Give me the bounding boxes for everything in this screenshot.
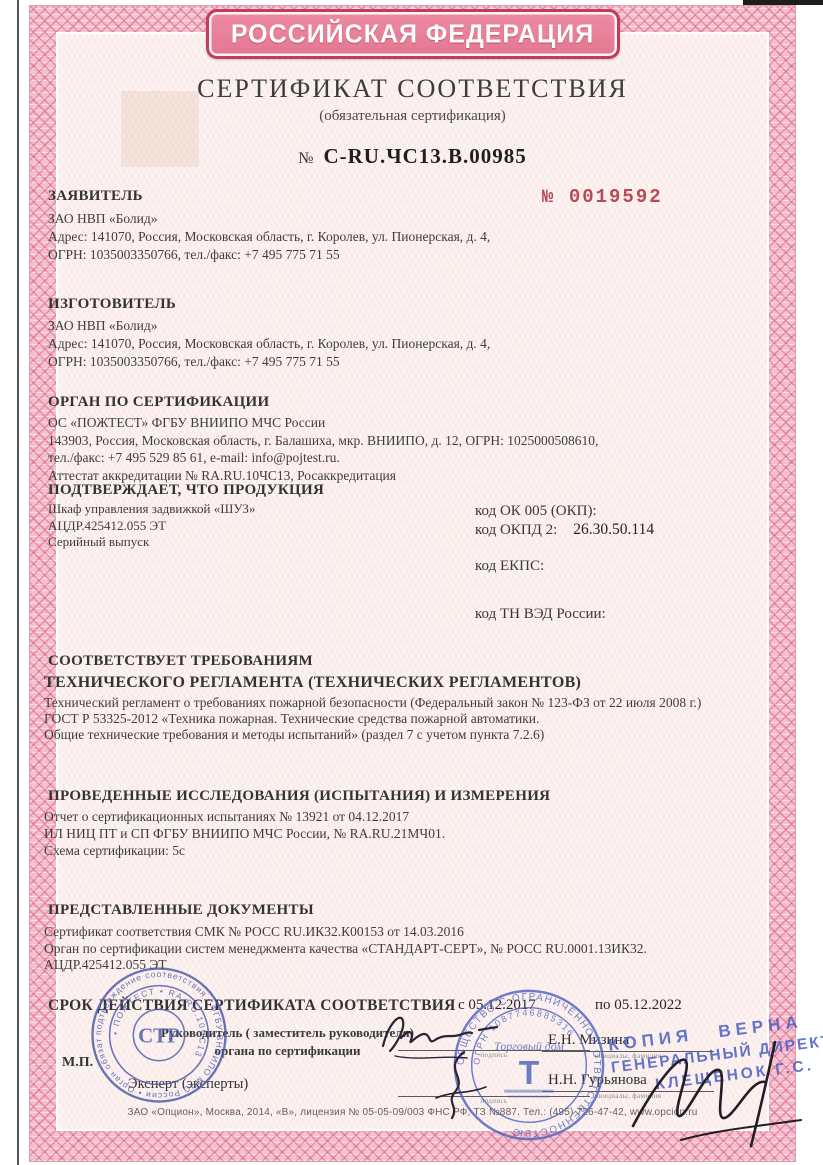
scan-edge-artifact	[17, 0, 19, 1165]
certificate-subtitle: (обязательная сертификация)	[30, 108, 795, 125]
manufacturer-address: Адрес: 141070, Россия, Московская област…	[48, 335, 490, 353]
expert-handwritten-signature	[430, 1048, 494, 1127]
certificate-number-value: C-RU.ЧС13.В.00985	[323, 144, 526, 168]
research-line2: ИЛ НИЦ ПТ и СП ФГБУ ВНИИПО МЧС России, №…	[44, 825, 445, 842]
manufacturer-block: ЗАО НВП «Болид» Адрес: 141070, Россия, М…	[48, 317, 490, 371]
documents-heading: ПРЕДСТАВЛЕННЫЕ ДОКУМЕНТЫ	[48, 902, 314, 919]
cert-body-heading: ОРГАН ПО СЕРТИФИКАЦИИ	[48, 394, 270, 411]
research-line1: Отчет о сертификационных испытаниях № 13…	[44, 808, 445, 825]
manufacturer-heading: ИЗГОТОВИТЕЛЬ	[48, 296, 176, 313]
cert-body-name: ОС «ПОЖТЕСТ» ФГБУ ВНИИПО МЧС России	[48, 414, 598, 432]
applicant-block: ЗАО НВП «Болид» Адрес: 141070, Россия, М…	[48, 210, 490, 264]
research-line3: Схема сертификации: 5с	[44, 842, 445, 859]
compliance-block: Технический регламент о требованиях пожа…	[44, 695, 701, 743]
validity-to-date: 05.12.2022	[614, 997, 682, 1013]
certificate-title: СЕРТИФИКАТ СООТВЕТСТВИЯ	[30, 74, 795, 104]
code-ekps-label: код ЕКПС:	[475, 558, 544, 575]
product-heading: ПОДТВЕРЖДАЕТ, ЧТО ПРОДУКЦИЯ	[48, 482, 324, 499]
cert-body-address: 143903, Россия, Московская область, г. Б…	[48, 432, 598, 450]
applicant-name: ЗАО НВП «Болид»	[48, 210, 490, 228]
country-banner-label: РОССИЙСКАЯ ФЕДЕРАЦИЯ	[231, 19, 594, 49]
cert-body-contacts: тел./факс: +7 495 529 85 61, e-mail: inf…	[48, 449, 598, 467]
manufacturer-name: ЗАО НВП «Болид»	[48, 317, 490, 335]
applicant-ogrn: ОГРН: 1035003350766, тел./факс: +7 495 7…	[48, 246, 490, 264]
code-ok-label: код ОК 005 (ОКП):	[475, 503, 597, 520]
applicant-heading: ЗАЯВИТЕЛЬ	[48, 188, 143, 205]
research-heading: ПРОВЕДЕННЫЕ ИССЛЕДОВАНИЯ (ИСПЫТАНИЯ) И И…	[48, 788, 550, 805]
country-banner: РОССИЙСКАЯ ФЕДЕРАЦИЯ	[206, 9, 620, 59]
director-handwritten-signature	[625, 1028, 823, 1157]
documents-line1: Сертификат соответствия СМК № РОСС RU.ИК…	[44, 924, 647, 941]
stamp-center-monogram: СТР	[138, 1024, 180, 1048]
compliance-line1: Технический регламент о требованиях пожа…	[44, 695, 701, 711]
certificate: РОССИЙСКАЯ ФЕДЕРАЦИЯ СЕРТИФИКАТ СООТВЕТС…	[30, 6, 795, 1161]
code-okpd-row: код ОКПД 2:26.30.50.114	[475, 521, 654, 539]
code-tnved-label: код ТН ВЭД России:	[475, 606, 606, 623]
documents-line2: Орган по сертификации систем менеджмента…	[44, 941, 647, 958]
blank-serial-number: № 0019592	[542, 186, 663, 208]
company-stamp-logo: Т	[519, 1055, 540, 1092]
code-okpd-label: код ОКПД 2:	[475, 522, 557, 538]
blank-serial-value: 0019592	[569, 186, 663, 208]
applicant-address: Адрес: 141070, Россия, Московская област…	[48, 228, 490, 246]
compliance-line2: ГОСТ Р 53325-2012 «Техника пожарная. Тех…	[44, 711, 701, 727]
certificate-number: №C-RU.ЧС13.В.00985	[30, 144, 795, 169]
research-block: Отчет о сертификационных испытаниях № 13…	[44, 808, 445, 859]
product-doc-code: АЦДР.425412.055 ЭТ	[48, 518, 255, 535]
product-serial-type: Серийный выпуск	[48, 534, 255, 551]
scan-strip-artifact	[743, 0, 823, 5]
blank-serial-label: №	[542, 186, 569, 208]
product-block: Шкаф управления задвижкой «ШУЗ» АЦДР.425…	[48, 501, 255, 551]
compliance-heading2: ТЕХНИЧЕСКОГО РЕГЛАМЕНТА (ТЕХНИЧЕСКИХ РЕГ…	[44, 674, 581, 692]
compliance-line3: Общие технические требования и методы ис…	[44, 727, 701, 743]
manufacturer-ogrn: ОГРН: 1035003350766, тел./факс: +7 495 7…	[48, 353, 490, 371]
cert-body-block: ОС «ПОЖТЕСТ» ФГБУ ВНИИПО МЧС России 1439…	[48, 414, 598, 484]
compliance-heading1: СООТВЕТСТВУЕТ ТРЕБОВАНИЯМ	[48, 653, 313, 670]
certification-round-stamp-icon: подтверждение соответствия • ФГБУ ВНИИПО…	[83, 959, 235, 1111]
code-okpd-value: 26.30.50.114	[573, 521, 654, 538]
certificate-number-label: №	[298, 150, 313, 167]
product-name: Шкаф управления задвижкой «ШУЗ»	[48, 501, 255, 518]
